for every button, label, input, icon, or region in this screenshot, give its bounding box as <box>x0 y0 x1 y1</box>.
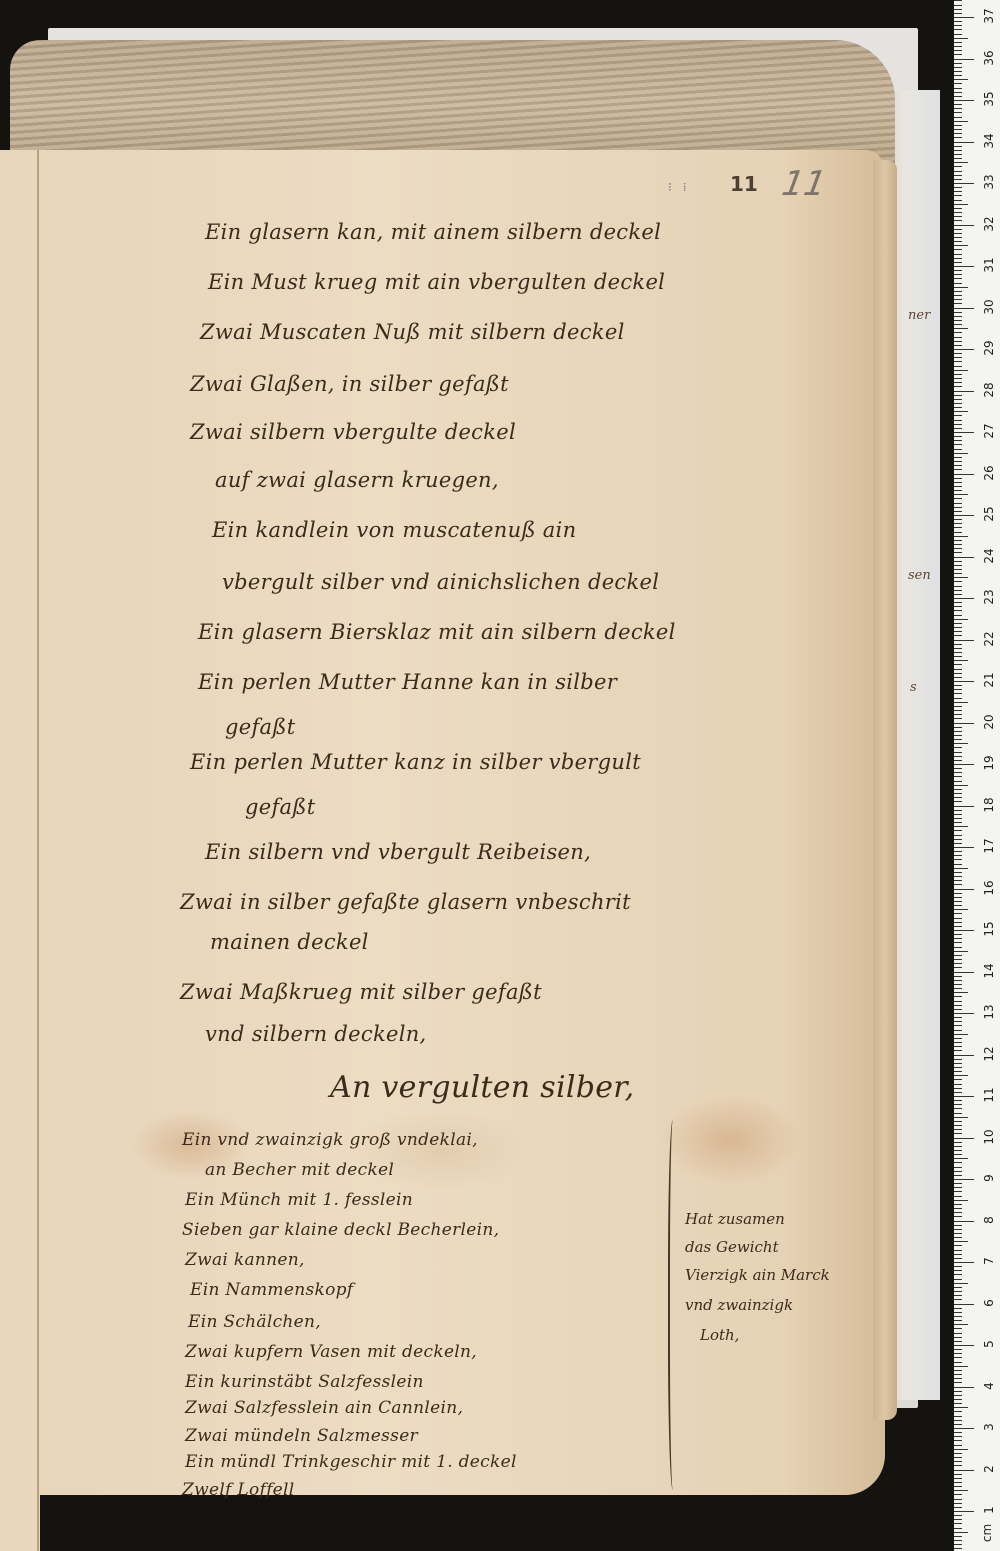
ruler-tick <box>954 320 962 321</box>
ruler-tick <box>954 440 962 441</box>
ruler-label: 30 <box>982 296 996 318</box>
ruler-tick <box>954 1333 962 1334</box>
ruler-tick <box>954 1179 974 1180</box>
ruler-tick <box>954 1320 962 1321</box>
ruler-tick <box>954 714 962 715</box>
ruler-tick <box>954 660 968 661</box>
ruler-tick <box>954 793 962 794</box>
ruler-tick <box>954 1017 962 1018</box>
ruler-label: 10 <box>982 1126 996 1148</box>
ruler-tick <box>954 523 962 524</box>
ruler-tick <box>954 1544 962 1545</box>
ruler-tick <box>954 1349 962 1350</box>
ruler-tick <box>954 171 962 172</box>
ruler-tick <box>954 332 962 333</box>
ruler-tick <box>954 457 962 458</box>
ruler-tick <box>954 1274 962 1275</box>
ruler-tick <box>954 1411 962 1412</box>
ruler-tick <box>954 972 974 973</box>
ruler-tick <box>954 1154 962 1155</box>
fragment-text: ner <box>908 308 930 323</box>
ruler-tick <box>954 942 962 943</box>
ruler-tick <box>954 623 962 624</box>
ruler-tick <box>954 515 974 516</box>
ruler-tick <box>954 1407 968 1408</box>
ruler-tick <box>954 482 962 483</box>
ruler-tick <box>954 420 962 421</box>
ruler-tick <box>954 976 962 977</box>
ruler-tick <box>954 1117 968 1118</box>
list-line: Zwai kupfern Vasen mit deckeln, <box>185 1342 477 1362</box>
ruler-tick <box>954 308 974 309</box>
ruler-tick <box>954 266 974 267</box>
ruler-tick <box>954 225 974 226</box>
ruler-tick <box>954 112 962 113</box>
margin-note-line: Hat zusamen <box>685 1210 785 1228</box>
ruler-tick <box>954 1494 962 1495</box>
ruler-tick <box>954 768 962 769</box>
ruler-tick <box>954 859 962 860</box>
ruler-tick <box>954 42 962 43</box>
ruler-tick <box>954 1461 962 1462</box>
ruler-label: 2 <box>982 1458 996 1480</box>
ruler-tick <box>954 1308 962 1309</box>
ruler-tick <box>954 1465 962 1466</box>
text-line: Ein glasern Biersklaz mit ain silbern de… <box>198 620 676 644</box>
ruler-tick <box>954 598 974 599</box>
ruler-tick <box>954 967 962 968</box>
ruler-tick <box>954 67 962 68</box>
ruler-label: 12 <box>982 1043 996 1065</box>
ruler-tick <box>954 258 962 259</box>
ruler-tick <box>954 810 962 811</box>
ruler-tick <box>954 357 962 358</box>
ruler-tick <box>954 1366 968 1367</box>
ruler-tick <box>954 1548 962 1549</box>
ruler-tick <box>954 50 962 51</box>
ruler-tick <box>954 615 962 616</box>
library-stamp: ⁝ ⁞ <box>668 180 688 195</box>
ruler-tick <box>954 602 962 603</box>
ruler-tick <box>954 806 974 807</box>
ruler-tick <box>954 104 962 105</box>
ruler-tick <box>954 1245 962 1246</box>
ruler-tick <box>954 1295 962 1296</box>
text-line: auf zwai glasern kruegen, <box>215 468 499 492</box>
ruler-tick <box>954 864 962 865</box>
ruler-tick <box>954 233 962 234</box>
ruler-tick <box>954 1328 962 1329</box>
ruler-tick <box>954 1191 962 1192</box>
ruler-tick <box>954 507 962 508</box>
ruler-tick <box>954 469 962 470</box>
ruler-tick <box>954 1353 962 1354</box>
ruler-tick <box>954 337 962 338</box>
text-line: gefaßt <box>225 715 295 739</box>
ruler-tick <box>954 1387 974 1388</box>
ruler-tick <box>954 988 962 989</box>
ruler-tick <box>954 544 962 545</box>
list-line: Zwelf Loffell <box>182 1480 295 1500</box>
ruler-tick <box>954 75 962 76</box>
ruler-tick <box>954 1162 962 1163</box>
gutter <box>37 150 39 1551</box>
ruler-tick <box>954 847 974 848</box>
ruler-tick <box>954 154 962 155</box>
ruler-tick <box>954 984 962 985</box>
ruler-tick <box>954 1304 974 1305</box>
ruler-tick <box>954 706 962 707</box>
list-line: Ein kurinstäbt Salzfesslein <box>185 1372 424 1392</box>
ruler-tick <box>954 1499 962 1500</box>
text-line: Ein kandlein von muscatenuß ain <box>212 518 576 542</box>
ruler-tick <box>954 1519 962 1520</box>
ruler-tick <box>954 681 974 682</box>
ruler-tick <box>954 21 962 22</box>
ruler-tick <box>954 1436 962 1437</box>
ruler-tick <box>954 536 968 537</box>
ruler-tick <box>954 640 974 641</box>
list-line: Zwai Salzfesslein ain Cannlein, <box>185 1398 463 1418</box>
ruler-tick <box>954 453 968 454</box>
ruler-tick <box>954 606 962 607</box>
ruler-tick <box>954 407 962 408</box>
ruler-tick <box>954 1233 962 1234</box>
list-line: an Becher mit deckel <box>205 1160 394 1180</box>
ruler-tick <box>954 175 962 176</box>
ruler-tick <box>954 25 962 26</box>
ruler-tick <box>954 1507 962 1508</box>
ruler-label: 8 <box>982 1209 996 1231</box>
ruler-tick <box>954 1088 962 1089</box>
ruler-tick <box>954 1237 962 1238</box>
text-line: Zwai Maßkrueg mit silber gefaßt <box>180 980 542 1004</box>
ruler-tick <box>954 158 962 159</box>
ruler-tick <box>954 1208 962 1209</box>
ruler-tick <box>954 1262 974 1263</box>
ruler-tick <box>954 328 968 329</box>
ruler-tick <box>954 1059 962 1060</box>
ruler-label: 14 <box>982 960 996 982</box>
ruler-tick <box>954 212 962 213</box>
ruler-tick <box>954 889 974 890</box>
text-line: Ein Must krueg mit ain vbergulten deckel <box>208 270 665 294</box>
text-line: vnd silbern deckeln, <box>205 1022 427 1046</box>
ruler-label: 20 <box>982 711 996 733</box>
ruler-tick <box>954 685 962 686</box>
ruler-tick <box>954 1316 962 1317</box>
ruler-tick <box>954 557 974 558</box>
ruler-label: 1 <box>982 1499 996 1521</box>
page-edge <box>873 160 897 1420</box>
ruler-tick <box>954 756 962 757</box>
ruler-tick <box>954 897 962 898</box>
ruler-tick <box>954 386 962 387</box>
ruler-tick <box>954 1063 962 1064</box>
ruler-tick <box>954 677 962 678</box>
ruler-tick <box>954 830 962 831</box>
ruler-tick <box>954 648 962 649</box>
ruler-label: 13 <box>982 1001 996 1023</box>
ruler-tick <box>954 283 962 284</box>
ruler-tick <box>954 955 962 956</box>
ruler-tick <box>954 1511 974 1512</box>
ruler-tick <box>954 262 962 263</box>
ruler-tick <box>954 1486 962 1487</box>
ruler-tick <box>954 1515 962 1516</box>
ruler-tick <box>954 1046 962 1047</box>
text-line: Ein silbern vnd vbergult Reibeisen, <box>205 840 591 864</box>
ruler-tick <box>954 1108 962 1109</box>
ruler-tick <box>954 1370 962 1371</box>
ruler-label: 27 <box>982 420 996 442</box>
ruler-tick <box>954 349 974 350</box>
text-line: gefaßt <box>245 795 315 819</box>
ruler-tick <box>954 299 962 300</box>
ruler-tick <box>954 926 962 927</box>
ruler-tick <box>954 1528 962 1529</box>
ruler-label: 3 <box>982 1416 996 1438</box>
ruler-label: 11 <box>982 1084 996 1106</box>
ruler-tick <box>954 361 962 362</box>
ruler-tick <box>954 698 962 699</box>
ruler-tick <box>954 498 962 499</box>
ruler-tick <box>954 83 962 84</box>
ruler-tick <box>954 581 962 582</box>
fragment-text: sen <box>908 568 931 583</box>
ruler-tick <box>954 1042 962 1043</box>
ruler-tick <box>954 1266 962 1267</box>
ruler-tick <box>954 34 962 35</box>
ruler-tick <box>954 428 962 429</box>
list-line: Sieben gar klaine deckl Becherlein, <box>182 1220 499 1240</box>
ruler-tick <box>954 478 962 479</box>
ruler-tick <box>954 54 962 55</box>
list-line: Ein mündl Trinkgeschir mit 1. deckel <box>185 1452 517 1472</box>
ruler-tick <box>954 947 962 948</box>
ruler-tick <box>954 1457 962 1458</box>
ruler-label: 37 <box>982 5 996 27</box>
ruler-tick <box>954 996 962 997</box>
ruler-tick <box>954 586 962 587</box>
ruler-tick <box>954 1171 962 1172</box>
ruler-tick <box>954 490 962 491</box>
ruler-tick <box>954 391 974 392</box>
ruler-tick <box>954 980 962 981</box>
ruler-tick <box>954 1079 962 1080</box>
ruler-tick <box>954 195 962 196</box>
ruler-tick <box>954 353 962 354</box>
ruler-label: 18 <box>982 794 996 816</box>
ruler-tick <box>954 465 962 466</box>
ruler-tick <box>954 13 962 14</box>
ruler-tick <box>954 590 962 591</box>
ruler-tick <box>954 1071 962 1072</box>
ruler-tick <box>954 150 962 151</box>
ruler-tick <box>954 229 962 230</box>
ruler-tick <box>954 374 962 375</box>
ruler-tick <box>954 1216 962 1217</box>
text-line: Zwai Glaßen, in silber gefaßt <box>190 372 509 396</box>
ruler-tick <box>954 1229 962 1230</box>
ruler-tick <box>954 1449 968 1450</box>
ruler-tick <box>954 1299 962 1300</box>
ruler-tick <box>954 1075 968 1076</box>
ruler-tick <box>954 0 962 1</box>
ruler-tick <box>954 577 968 578</box>
ruler-tick <box>954 1129 962 1130</box>
ruler-tick <box>954 610 962 611</box>
ruler-tick <box>954 366 962 367</box>
ruler-tick <box>954 1175 962 1176</box>
ruler-tick <box>954 963 962 964</box>
ruler-tick <box>954 1009 962 1010</box>
ruler-tick <box>954 1432 962 1433</box>
ruler-tick <box>954 938 962 939</box>
ruler-tick <box>954 814 962 815</box>
ruler-tick <box>954 411 968 412</box>
grouping-brace <box>668 1120 680 1490</box>
ruler-tick <box>954 1490 968 1491</box>
ruler-label: 16 <box>982 877 996 899</box>
list-line: Ein Nammenskopf <box>190 1280 353 1300</box>
ruler-tick <box>954 1503 962 1504</box>
ruler-tick <box>954 1403 962 1404</box>
ruler-tick <box>954 403 962 404</box>
ruler-tick <box>954 635 962 636</box>
ruler-tick <box>954 789 962 790</box>
ruler-tick <box>954 1067 962 1068</box>
ruler-tick <box>954 1158 968 1159</box>
ruler-tick <box>954 1121 962 1122</box>
ruler-tick <box>954 1395 962 1396</box>
ruler-tick <box>954 1113 962 1114</box>
ruler-tick <box>954 179 962 180</box>
ruler-tick <box>954 1150 962 1151</box>
ruler-tick <box>954 399 962 400</box>
ruler-tick <box>954 1279 962 1280</box>
ruler-tick <box>954 594 962 595</box>
ruler-label: 15 <box>982 918 996 940</box>
ruler-tick <box>954 183 974 184</box>
ruler-label: 28 <box>982 379 996 401</box>
ruler-label: 32 <box>982 213 996 235</box>
margin-note-line: Vierzigk ain Marck <box>685 1266 830 1284</box>
ruler-tick <box>954 913 962 914</box>
ruler-tick <box>954 208 962 209</box>
ruler-tick <box>954 1241 968 1242</box>
ruler-tick <box>954 461 962 462</box>
ruler-tick <box>954 868 968 869</box>
ruler-tick <box>954 1167 962 1168</box>
ruler-tick <box>954 1038 962 1039</box>
ruler-tick <box>954 1013 974 1014</box>
ruler-tick <box>954 341 962 342</box>
ruler-tick <box>954 772 962 773</box>
list-line: Zwai mündeln Salzmesser <box>185 1426 418 1446</box>
ruler-tick <box>954 839 962 840</box>
ruler-tick <box>954 9 962 10</box>
ruler-tick <box>954 200 962 201</box>
list-line: Ein Schälchen, <box>188 1312 321 1332</box>
ruler-tick <box>954 673 962 674</box>
ruler-tick <box>954 5 962 6</box>
ruler-tick <box>954 652 962 653</box>
ruler-tick <box>954 1532 968 1533</box>
ruler-tick <box>954 1391 962 1392</box>
ruler-tick <box>954 241 962 242</box>
ruler-tick <box>954 1183 962 1184</box>
ruler-label: 36 <box>982 47 996 69</box>
ruler-tick <box>954 1034 968 1035</box>
ruler-tick <box>954 88 962 89</box>
ruler-tick <box>954 689 962 690</box>
ruler-tick <box>954 1523 962 1524</box>
ruler-tick <box>954 540 962 541</box>
cm-ruler: cm 1234567891011121314151617181920212223… <box>954 0 1000 1551</box>
left-page <box>0 150 40 1551</box>
ruler-tick <box>954 486 962 487</box>
ruler-tick <box>954 1453 962 1454</box>
ruler-tick <box>954 249 962 250</box>
list-line: Ein Münch mit 1. fesslein <box>185 1190 413 1210</box>
ruler-tick <box>954 1424 962 1425</box>
ruler-tick <box>954 548 962 549</box>
ruler-tick <box>954 1270 962 1271</box>
ruler-tick <box>954 1291 962 1292</box>
ruler-tick <box>954 532 962 533</box>
ruler-tick <box>954 316 962 317</box>
ruler-tick <box>954 664 962 665</box>
ruler-tick <box>954 1001 962 1002</box>
ruler-tick <box>954 797 962 798</box>
ruler-tick <box>954 1005 962 1006</box>
ruler-tick <box>954 552 962 553</box>
ruler-tick <box>954 59 974 60</box>
ruler-tick <box>954 739 962 740</box>
ruler-tick <box>954 851 962 852</box>
ruler-tick <box>954 1536 962 1537</box>
ruler-label: 9 <box>982 1167 996 1189</box>
ruler-tick <box>954 503 962 504</box>
ruler-tick <box>954 370 968 371</box>
ruler-tick <box>954 1341 962 1342</box>
ruler-tick <box>954 92 962 93</box>
ruler-tick <box>954 1378 962 1379</box>
ruler-tick <box>954 619 968 620</box>
ruler-tick <box>954 880 962 881</box>
ruler-tick <box>954 569 962 570</box>
ruler-tick <box>954 117 962 118</box>
ruler-tick <box>954 1382 962 1383</box>
ruler-label: 23 <box>982 586 996 608</box>
ruler-tick <box>954 137 962 138</box>
ruler-tick <box>954 656 962 657</box>
ruler-tick <box>954 801 962 802</box>
ruler-tick <box>954 270 962 271</box>
fragment-text: s <box>910 680 917 695</box>
ruler-tick <box>954 291 962 292</box>
ruler-tick <box>954 216 962 217</box>
ruler-tick <box>954 494 968 495</box>
manuscript-page: ⁝ ⁞ 11 11 Ein glasern kan, mit ainem sil… <box>40 150 885 1495</box>
ruler-label: 7 <box>982 1250 996 1272</box>
ruler-tick <box>954 959 962 960</box>
margin-note-line: vnd zwainzigk <box>685 1296 793 1314</box>
ruler-label: 26 <box>982 462 996 484</box>
ruler-tick <box>954 96 962 97</box>
ruler-tick <box>954 303 962 304</box>
